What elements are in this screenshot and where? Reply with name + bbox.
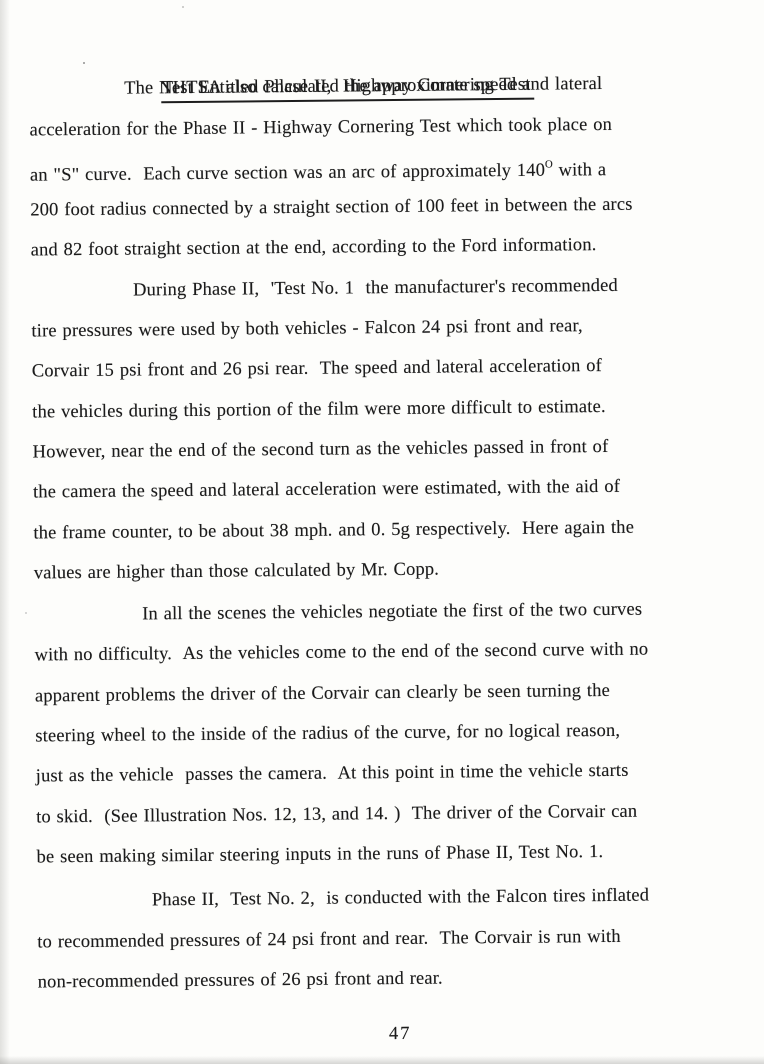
document-content: Test Entitled Phase II, Highway Cornerin… bbox=[29, 23, 763, 1058]
degree-superscript: O bbox=[545, 158, 553, 170]
paragraph-3: In all the scenes the vehicles negotiate… bbox=[34, 589, 761, 878]
text-line: with no difficulty. As the vehicles come… bbox=[34, 629, 758, 676]
text-line-with-superscript: an "S" curve. Each curve section was an … bbox=[30, 143, 754, 190]
text-line: to recommended pressures of 24 psi front… bbox=[37, 915, 761, 962]
text-line: the vehicles during this portion of the … bbox=[32, 385, 756, 432]
text-segment: an "S" curve. Each curve section was an … bbox=[30, 161, 545, 186]
text-line: tire pressures were used by both vehicle… bbox=[31, 305, 755, 352]
text-line: and 82 foot straight section at the end,… bbox=[31, 224, 755, 271]
text-line: the camera the speed and lateral acceler… bbox=[33, 466, 757, 513]
text-line: just as the vehicle passes the camera. A… bbox=[36, 750, 760, 797]
text-line: The NHTSA also calculated the approximat… bbox=[29, 63, 753, 110]
scan-edge-bottom bbox=[0, 1056, 764, 1064]
text-line: However, near the end of the second turn… bbox=[32, 425, 756, 472]
text-line: apparent problems the driver of the Corv… bbox=[35, 669, 759, 716]
text-line: Corvair 15 psi front and 26 psi rear. Th… bbox=[32, 345, 756, 392]
text-line: the frame counter, to be about 38 mph. a… bbox=[33, 506, 757, 553]
document-title-line: Test Entitled Phase II, Highway Cornerin… bbox=[29, 23, 753, 70]
text-line: non-recommended pressures of 26 psi fron… bbox=[38, 955, 762, 1002]
scanned-page: Test Entitled Phase II, Highway Cornerin… bbox=[0, 0, 764, 1064]
text-line: be seen making similar steering inputs i… bbox=[36, 830, 760, 877]
text-line: Phase II, Test No. 2, is conducted with … bbox=[37, 875, 761, 922]
text-line: acceleration for the Phase II - Highway … bbox=[29, 103, 753, 150]
text-line: During Phase II, 'Test No. 1 the manufac… bbox=[31, 264, 755, 311]
text-segment: with a bbox=[553, 160, 607, 181]
scan-edge-left bbox=[0, 0, 10, 1064]
text-line: to skid. (See Illustration Nos. 12, 13, … bbox=[36, 790, 760, 837]
text-line: values are higher than those calculated … bbox=[34, 546, 758, 593]
text-line: 200 foot radius connected by a straight … bbox=[30, 184, 754, 231]
paragraph-4: Phase II, Test No. 2, is conducted with … bbox=[37, 875, 762, 1003]
paragraph-1: The NHTSA also calculated the approximat… bbox=[29, 63, 755, 271]
text-line: In all the scenes the vehicles negotiate… bbox=[34, 589, 758, 636]
page-number: 47 bbox=[38, 1011, 762, 1058]
paragraph-2: During Phase II, 'Test No. 1 the manufac… bbox=[31, 264, 758, 593]
text-line: steering wheel to the inside of the radi… bbox=[35, 710, 759, 757]
